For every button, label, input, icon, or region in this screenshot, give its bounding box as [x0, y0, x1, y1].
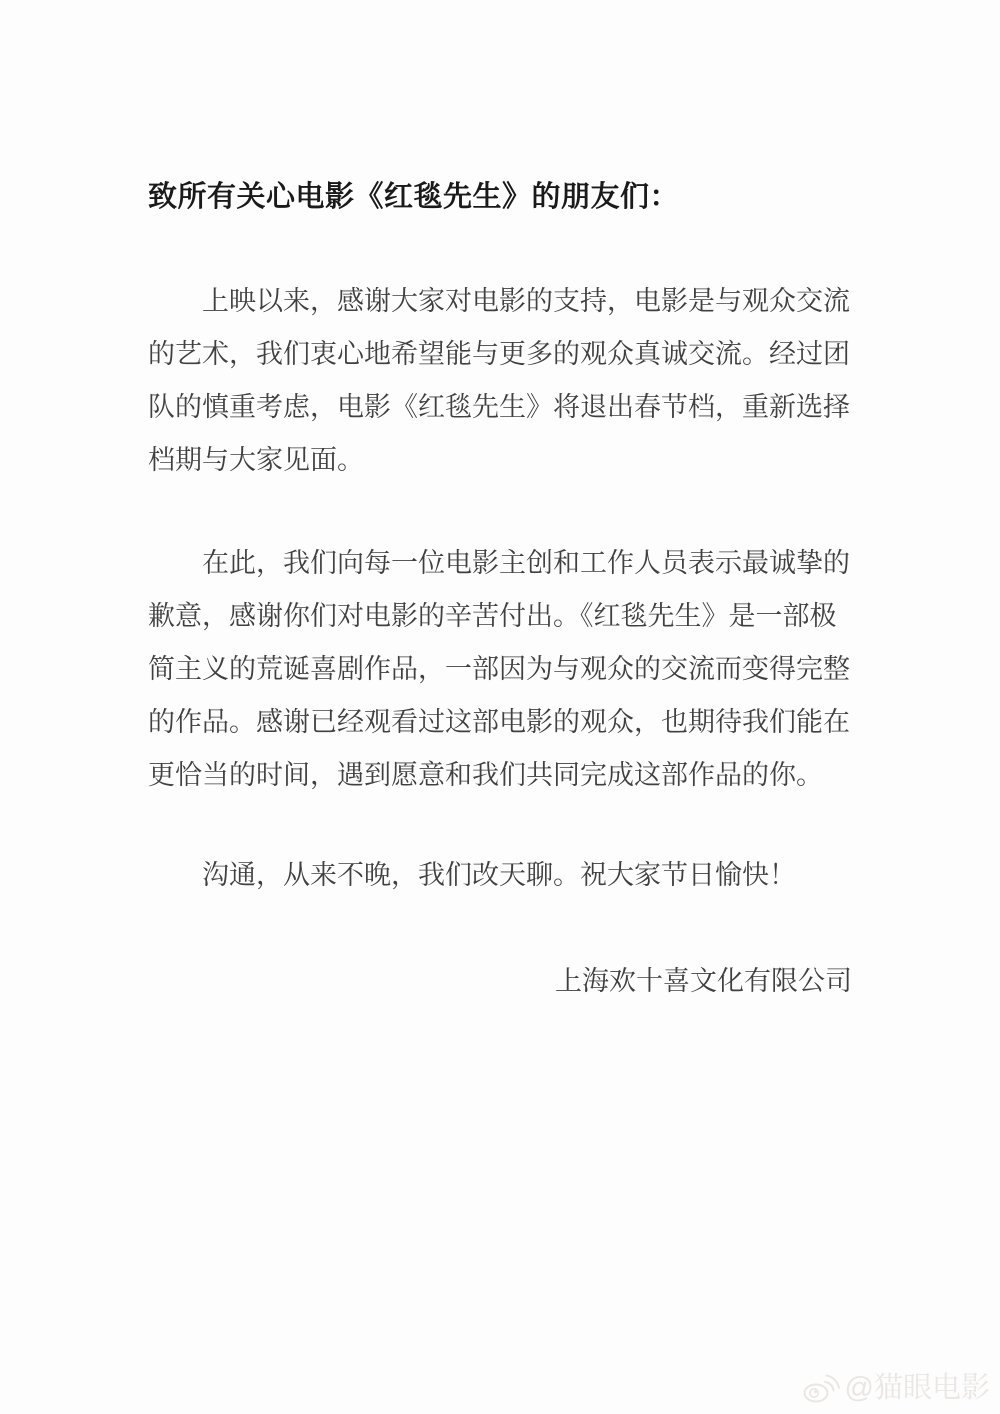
paragraph-1-line-1: 上映以来，感谢大家对电影的支持，电影是与观众交流 — [148, 275, 852, 328]
paragraph-1-line-2: 的艺术，我们衷心地希望能与更多的观众真诚交流。经过团 — [148, 328, 852, 381]
paragraph-2-line-3: 简主义的荒诞喜剧作品，一部因为与观众的交流而变得完整 — [148, 643, 852, 696]
watermark-text: @猫眼电影 — [845, 1370, 990, 1406]
paragraph-1: 上映以来，感谢大家对电影的支持，电影是与观众交流 的艺术，我们衷心地希望能与更多… — [148, 275, 852, 487]
paragraph-3: 沟通，从来不晚，我们改天聊。祝大家节日愉快！ — [148, 849, 852, 902]
paragraph-2-line-5: 更恰当的时间，遇到愿意和我们共同完成这部作品的你。 — [148, 749, 852, 802]
letter-page: 致所有关心电影《红毯先生》的朋友们： 上映以来，感谢大家对电影的支持，电影是与观… — [0, 0, 1000, 1414]
weibo-icon — [802, 1372, 840, 1404]
signature: 上海欢十喜文化有限公司 — [148, 955, 852, 1008]
paragraph-1-line-3: 队的慎重考虑，电影《红毯先生》将退出春节档，重新选择 — [148, 381, 852, 434]
paragraph-2-line-2: 歉意，感谢你们对电影的辛苦付出。《红毯先生》是一部极 — [148, 590, 852, 643]
paragraph-3-line-1: 沟通，从来不晚，我们改天聊。祝大家节日愉快！ — [148, 849, 852, 902]
letter-title: 致所有关心电影《红毯先生》的朋友们： — [148, 0, 852, 215]
paragraph-2: 在此，我们向每一位电影主创和工作人员表示最诚挚的 歉意，感谢你们对电影的辛苦付出… — [148, 537, 852, 802]
paragraph-2-line-4: 的作品。感谢已经观看过这部电影的观众，也期待我们能在 — [148, 696, 852, 749]
paragraph-2-line-1: 在此，我们向每一位电影主创和工作人员表示最诚挚的 — [148, 537, 852, 590]
watermark: @猫眼电影 — [802, 1370, 990, 1406]
paragraph-1-line-4: 档期与大家见面。 — [148, 434, 852, 487]
letter-content: 致所有关心电影《红毯先生》的朋友们： 上映以来，感谢大家对电影的支持，电影是与观… — [148, 0, 852, 1008]
